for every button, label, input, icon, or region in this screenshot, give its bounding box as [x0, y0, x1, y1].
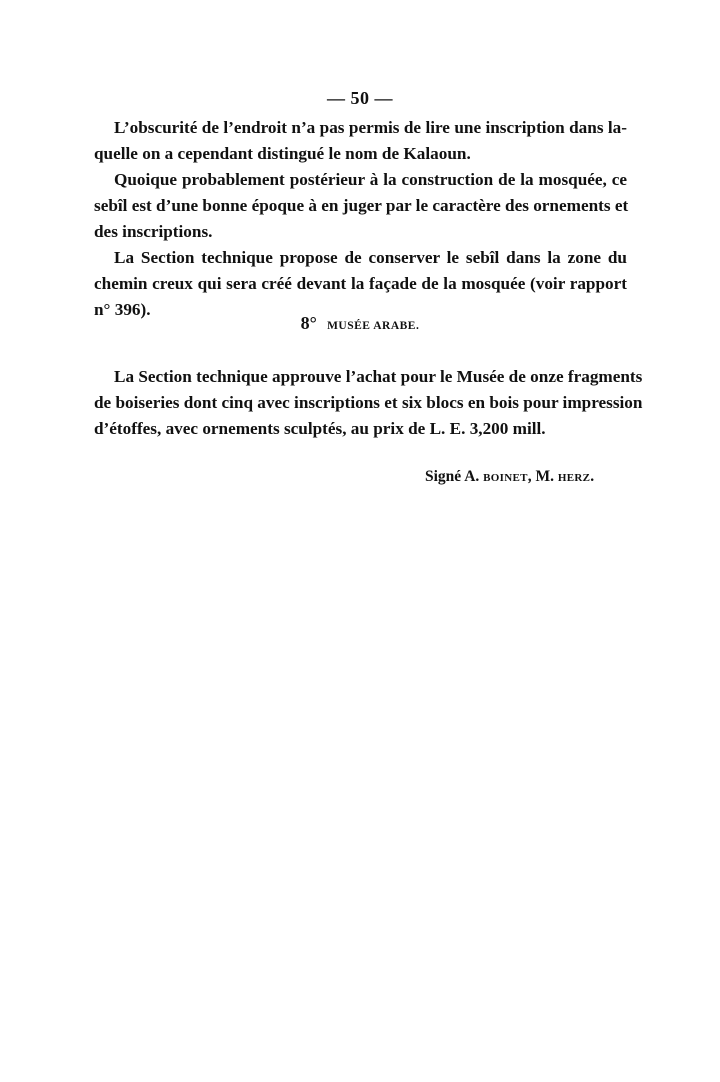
text-line: L’obscurité de l’endroit n’a pas permis … [94, 115, 627, 141]
paragraph-inscription: L’obscurité de l’endroit n’a pas permis … [94, 115, 627, 167]
text-line: La Section technique approuve l’achat po… [94, 364, 627, 390]
signatory-herz: HERZ [558, 472, 590, 484]
signature-separator: , M. [528, 468, 554, 485]
signature-end: . [590, 468, 594, 485]
section-heading: 8° MUSÉE ARABE. [0, 313, 720, 334]
text-line: Quoique probablement postérieur à la con… [94, 167, 627, 193]
text-line: sebîl est d’une bonne époque à en juger … [94, 193, 627, 219]
section-number: 8° [301, 313, 317, 333]
text-line: des inscriptions. [94, 219, 627, 245]
signature-prefix: Signé A. [425, 468, 479, 485]
signature: Signé A. BOINET, M. HERZ. [425, 468, 594, 486]
text-line: quelle on a cependant distingué le nom d… [94, 141, 627, 167]
text-line: d’étoffes, avec ornements sculptés, au p… [94, 416, 627, 442]
signatory-boinet: BOINET [483, 472, 528, 484]
paragraph-sebil-date: Quoique probablement postérieur à la con… [94, 167, 627, 245]
page-number: — 50 — [0, 88, 720, 109]
section-title: MUSÉE ARABE. [327, 320, 419, 332]
text-line: La Section technique propose de conserve… [94, 245, 627, 271]
paragraph-conservation: La Section technique propose de conserve… [94, 245, 627, 323]
document-page: — 50 — L’obscurité de l’endroit n’a pas … [0, 0, 720, 1082]
text-line: chemin creux qui sera créé devant la faç… [94, 271, 627, 297]
text-line: de boiseries dont cinq avec inscriptions… [94, 390, 627, 416]
paragraph-museum-purchase: La Section technique approuve l’achat po… [94, 364, 627, 442]
